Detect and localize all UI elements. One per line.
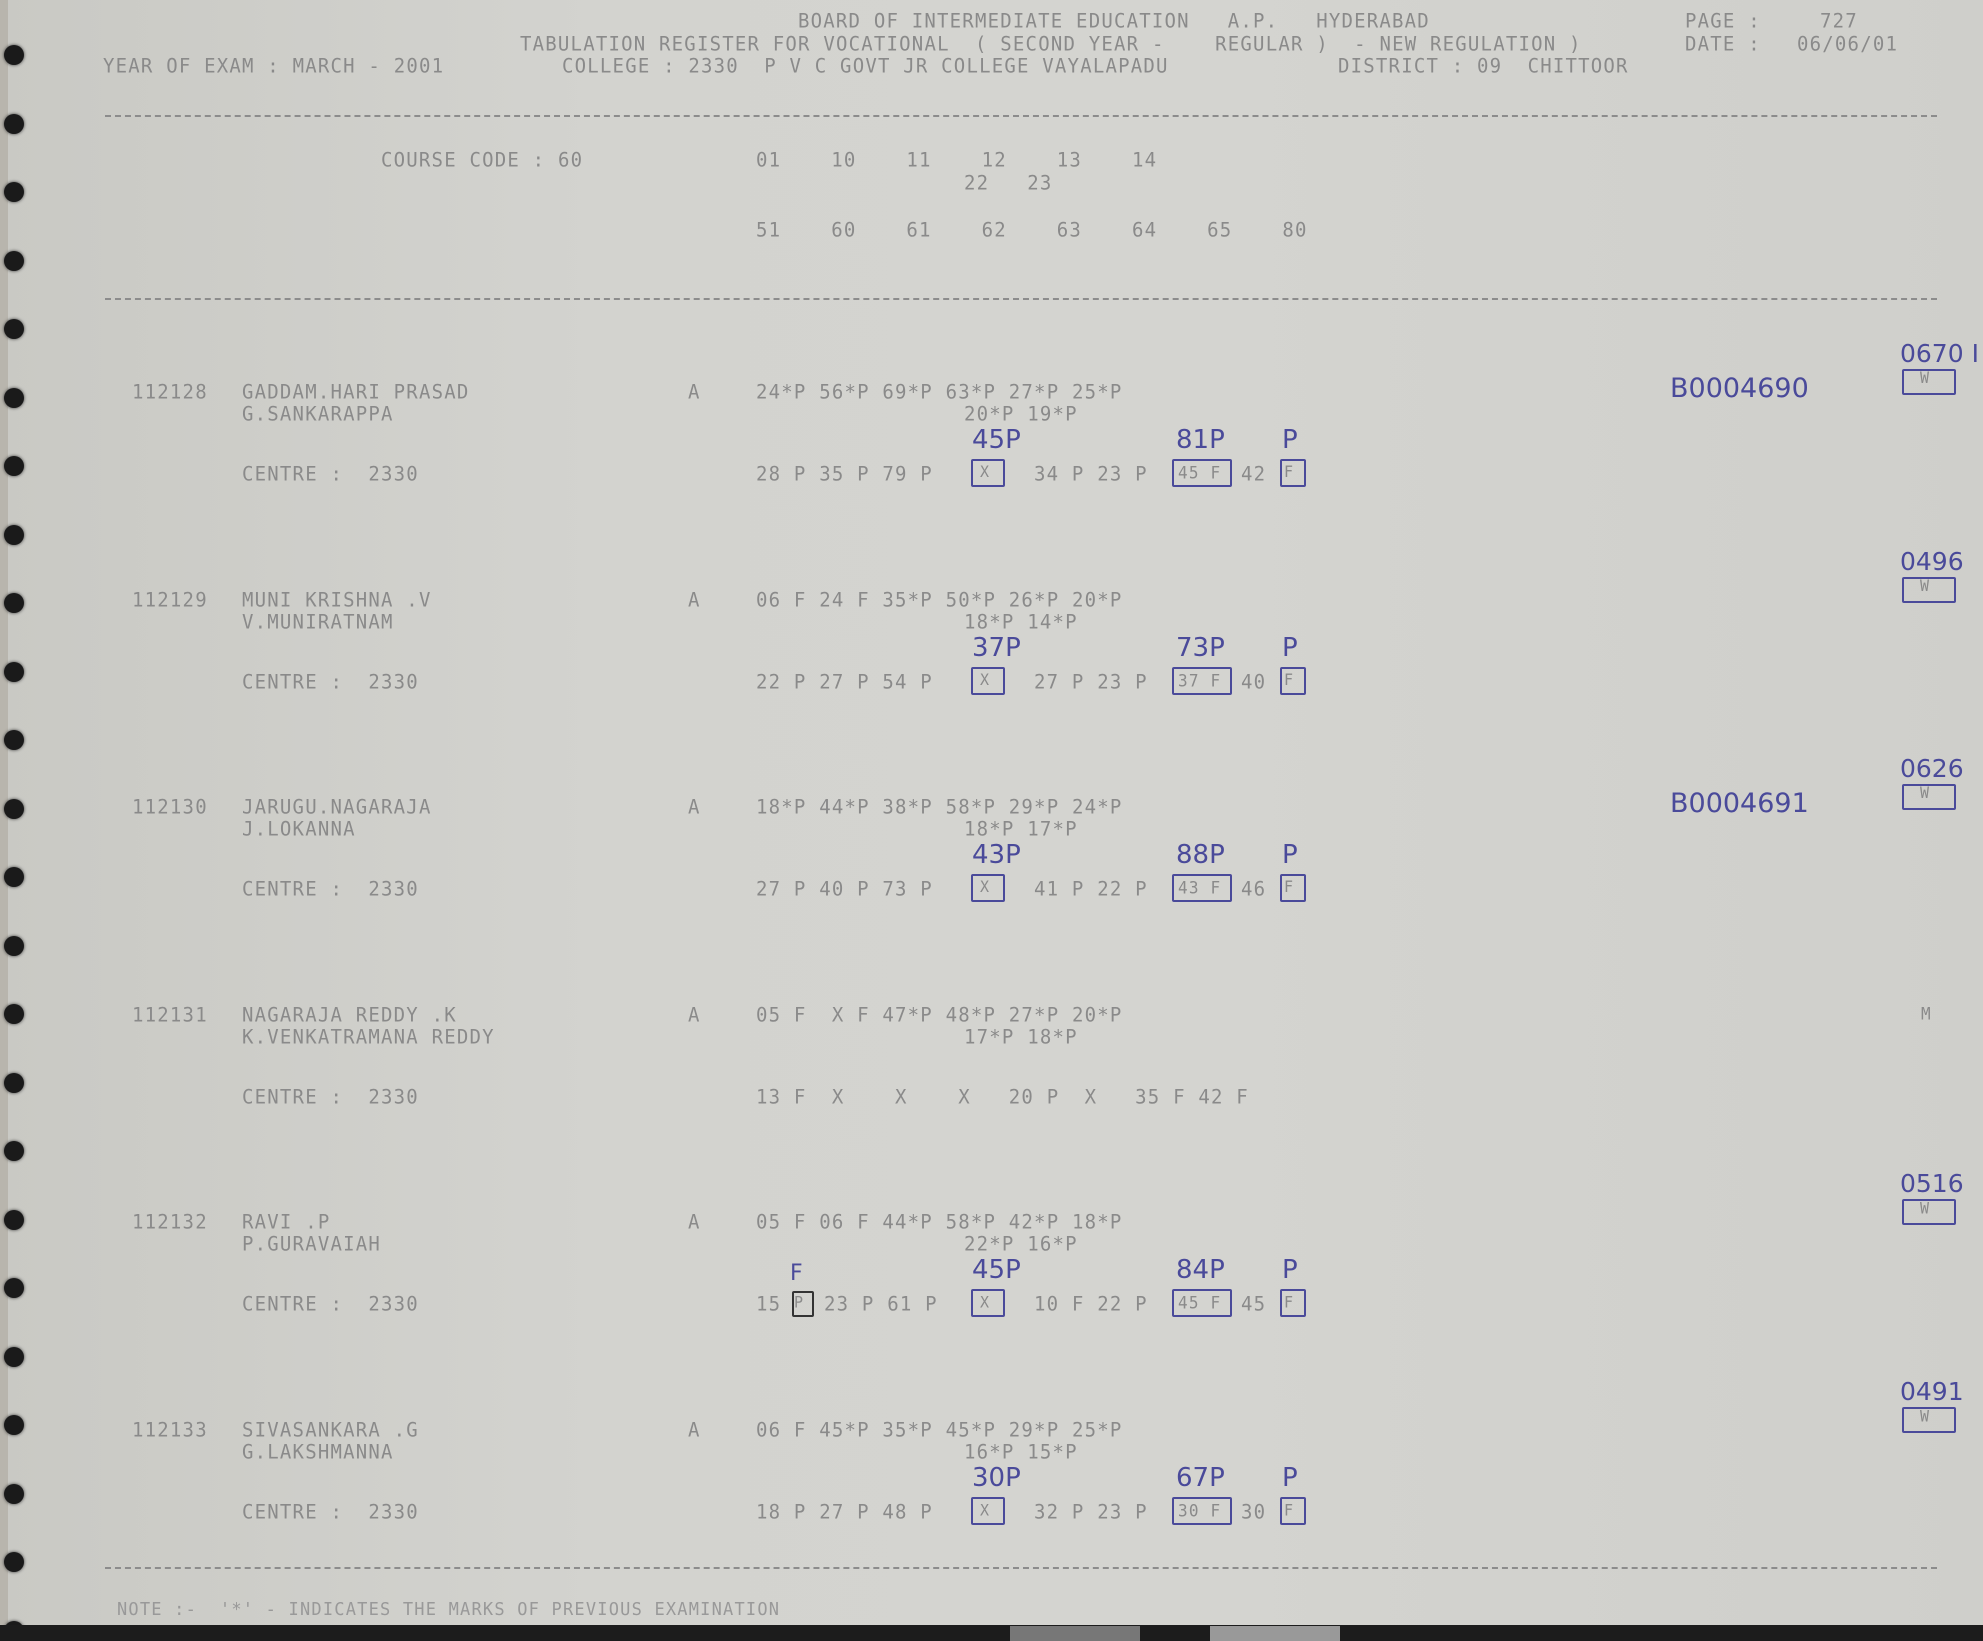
mark-value: 40	[1241, 670, 1266, 693]
handwritten-revised-mark: 30P	[972, 1463, 1021, 1493]
father-name: J.LOKANNA	[242, 817, 356, 840]
marks-first-year: 18*P 44*P 38*P 58*P 29*P 24*P	[756, 795, 1123, 818]
group-code: A	[688, 588, 701, 611]
student-record: 112132 RAVI .P P.GURAVAIAH A 05 F 06 F 4…	[0, 1211, 1983, 1418]
scanner-edge-light	[1210, 1626, 1340, 1641]
handwritten-revised-total: 73P	[1176, 633, 1225, 663]
handwritten-revised-total: 88P	[1176, 840, 1225, 870]
handwritten-result: P	[1282, 425, 1298, 455]
marks-first-year-sub: 16*P 15*P	[964, 1440, 1078, 1463]
marks-second-year-line: 13 F X X X 20 P X 35 F 42 F	[756, 1085, 1249, 1108]
handwritten-margin-code: 0516	[1900, 1169, 1964, 1198]
group-code: A	[688, 795, 701, 818]
marks-group-a: 27 P 40 P 73 P	[756, 877, 933, 900]
handwritten-margin-code: 0626	[1900, 754, 1964, 783]
marks-group-b: 10 F 22 P	[1034, 1292, 1148, 1315]
binding-hole	[4, 45, 24, 65]
centre-code: CENTRE : 2330	[242, 1292, 419, 1315]
father-name: V.MUNIRATNAM	[242, 610, 394, 633]
subject-codes-row1: 01 10 11 12 13 14	[756, 148, 1157, 171]
roll-number: 112128	[132, 380, 208, 403]
withheld-mark: W	[1920, 1199, 1930, 1218]
marks-first-year: 06 F 24 F 35*P 50*P 26*P 20*P	[756, 588, 1123, 611]
handwritten-revised-total: 67P	[1176, 1463, 1225, 1493]
handwritten-result: P	[1282, 1463, 1298, 1493]
boxed-result: F	[1284, 670, 1294, 689]
page-number: 727	[1820, 9, 1858, 32]
handwritten-result: P	[1282, 633, 1298, 663]
handwritten-revised-mark: 37P	[972, 633, 1021, 663]
student-name: JARUGU.NAGARAJA	[242, 795, 432, 818]
board-title: BOARD OF INTERMEDIATE EDUCATION A.P. HYD…	[798, 9, 1430, 32]
mark-value: 42	[1241, 462, 1266, 485]
date-value: 06/06/01	[1797, 32, 1898, 55]
father-name: G.LAKSHMANNA	[242, 1440, 394, 1463]
withheld-mark: W	[1920, 784, 1930, 803]
binding-hole	[4, 114, 24, 134]
binding-hole	[4, 251, 24, 271]
marks-group-a: 18 P 27 P 48 P	[756, 1500, 933, 1523]
marks-first-year-sub: 17*P 18*P	[964, 1025, 1078, 1048]
handwritten-reference-code: B0004690	[1670, 373, 1809, 404]
group-code: A	[688, 1003, 701, 1026]
course-code: COURSE CODE : 60	[381, 148, 583, 171]
mark-value: 46	[1241, 877, 1266, 900]
handwritten-result: P	[1282, 1255, 1298, 1285]
father-name: G.SANKARAPPA	[242, 402, 394, 425]
marks-first-year-sub: 18*P 14*P	[964, 610, 1078, 633]
student-name: GADDAM.HARI PRASAD	[242, 380, 470, 403]
scanner-edge	[0, 1625, 1983, 1641]
handwritten-margin-code: 0496	[1900, 547, 1964, 576]
withheld-mark: W	[1920, 1406, 1930, 1425]
footer-note: NOTE :- '*' - INDICATES THE MARKS OF PRE…	[117, 1600, 780, 1621]
boxed-mark: X	[980, 1500, 990, 1519]
separator-line	[105, 298, 1937, 300]
handwritten-result: P	[1282, 840, 1298, 870]
father-name: K.VENKATRAMANA REDDY	[242, 1025, 495, 1048]
student-name: RAVI .P	[242, 1210, 330, 1233]
marks-group-b: 32 P 23 P	[1034, 1500, 1148, 1523]
handwritten-revised-mark: 45P	[972, 425, 1021, 455]
boxed-total: 37 F	[1178, 670, 1221, 690]
boxed-total: 30 F	[1178, 1500, 1221, 1520]
marks-first-year: 05 F X F 47*P 48*P 27*P 20*P	[756, 1003, 1123, 1026]
binding-hole	[4, 319, 24, 339]
handwritten-margin-code: 0670 I	[1900, 339, 1979, 368]
boxed-mark: X	[980, 670, 990, 689]
boxed-total: 45 F	[1178, 463, 1221, 483]
student-record: 112131 NAGARAJA REDDY .K K.VENKATRAMANA …	[0, 1004, 1983, 1211]
centre-code: CENTRE : 2330	[242, 1500, 419, 1523]
district-info: DISTRICT : 09 CHITTOOR	[1338, 54, 1629, 77]
roll-number: 112132	[132, 1210, 208, 1233]
boxed-result: F	[1284, 463, 1294, 482]
subject-codes-row1-sub: 22 23	[964, 171, 1052, 194]
college-info: COLLEGE : 2330 P V C GOVT JR COLLEGE VAY…	[562, 54, 1169, 77]
withheld-mark: W	[1920, 369, 1930, 388]
student-record: 112129 MUNI KRISHNA .V V.MUNIRATNAM A 06…	[0, 589, 1983, 796]
marks-group-a: 22 P 27 P 54 P	[756, 670, 933, 693]
student-record: 112128 GADDAM.HARI PRASAD G.SANKARAPPA A…	[0, 381, 1983, 588]
roll-number: 112130	[132, 795, 208, 818]
year-of-exam: YEAR OF EXAM : MARCH - 2001	[103, 54, 444, 77]
marks-first-year: 06 F 45*P 35*P 45*P 29*P 25*P	[756, 1418, 1123, 1441]
handwritten-revised-total: 84P	[1176, 1255, 1225, 1285]
mark-value: 30	[1241, 1500, 1266, 1523]
boxed-mark: P	[794, 1293, 804, 1312]
boxed-result: F	[1284, 1293, 1294, 1312]
handwritten-revised-mark: 45P	[972, 1255, 1021, 1285]
boxed-total: 45 F	[1178, 1293, 1221, 1313]
student-name: MUNI KRISHNA .V	[242, 588, 432, 611]
marks-first-year: 05 F 06 F 44*P 58*P 42*P 18*P	[756, 1210, 1123, 1233]
subject-codes-row2: 51 60 61 62 63 64 65 80	[756, 218, 1308, 241]
withheld-mark: W	[1920, 576, 1930, 595]
boxed-mark: X	[980, 1293, 990, 1312]
margin-letter: M	[1921, 1003, 1932, 1023]
marks-first-year-sub: 20*P 19*P	[964, 402, 1078, 425]
group-code: A	[688, 380, 701, 403]
roll-number: 112129	[132, 588, 208, 611]
separator-line	[105, 115, 1937, 117]
handwritten-revised-mark: 43P	[972, 840, 1021, 870]
marks-first-year-sub: 18*P 17*P	[964, 817, 1078, 840]
marks-first-year: 24*P 56*P 69*P 63*P 27*P 25*P	[756, 380, 1123, 403]
handwritten-revised-total: 81P	[1176, 425, 1225, 455]
binding-hole	[4, 182, 24, 202]
handwritten-grade: F	[790, 1261, 803, 1286]
mark-value: 45	[1241, 1292, 1266, 1315]
group-code: A	[688, 1418, 701, 1441]
scanner-edge-light	[1010, 1626, 1140, 1641]
marks-group-b: 34 P 23 P	[1034, 462, 1148, 485]
marks-group-b: 41 P 22 P	[1034, 877, 1148, 900]
separator-line	[105, 1567, 1937, 1569]
father-name: P.GURAVAIAH	[242, 1232, 381, 1255]
marks-group-a: 28 P 35 P 79 P	[756, 462, 933, 485]
roll-number: 112131	[132, 1003, 208, 1026]
handwritten-margin-code: 0491	[1900, 1377, 1964, 1406]
boxed-result: F	[1284, 1500, 1294, 1519]
boxed-result: F	[1284, 878, 1294, 897]
centre-code: CENTRE : 2330	[242, 670, 419, 693]
mark-value: 15	[756, 1292, 781, 1315]
centre-code: CENTRE : 2330	[242, 462, 419, 485]
centre-code: CENTRE : 2330	[242, 877, 419, 900]
student-record: 112130 JARUGU.NAGARAJA J.LOKANNA A 18*P …	[0, 796, 1983, 1003]
page-label: PAGE :	[1685, 9, 1761, 32]
student-record: 112133 SIVASANKARA .G G.LAKSHMANNA A 06 …	[0, 1419, 1983, 1626]
group-code: A	[688, 1210, 701, 1233]
handwritten-reference-code: B0004691	[1670, 788, 1809, 819]
centre-code: CENTRE : 2330	[242, 1085, 419, 1108]
marks-group-b: 27 P 23 P	[1034, 670, 1148, 693]
marks-group-a: 23 P 61 P	[824, 1292, 938, 1315]
boxed-mark: X	[980, 878, 990, 897]
date-label: DATE :	[1685, 32, 1761, 55]
student-name: NAGARAJA REDDY .K	[242, 1003, 457, 1026]
boxed-mark: X	[980, 463, 990, 482]
marks-first-year-sub: 22*P 16*P	[964, 1232, 1078, 1255]
register-title: TABULATION REGISTER FOR VOCATIONAL ( SEC…	[520, 32, 1582, 55]
student-name: SIVASANKARA .G	[242, 1418, 419, 1441]
roll-number: 112133	[132, 1418, 208, 1441]
boxed-total: 43 F	[1178, 878, 1221, 898]
